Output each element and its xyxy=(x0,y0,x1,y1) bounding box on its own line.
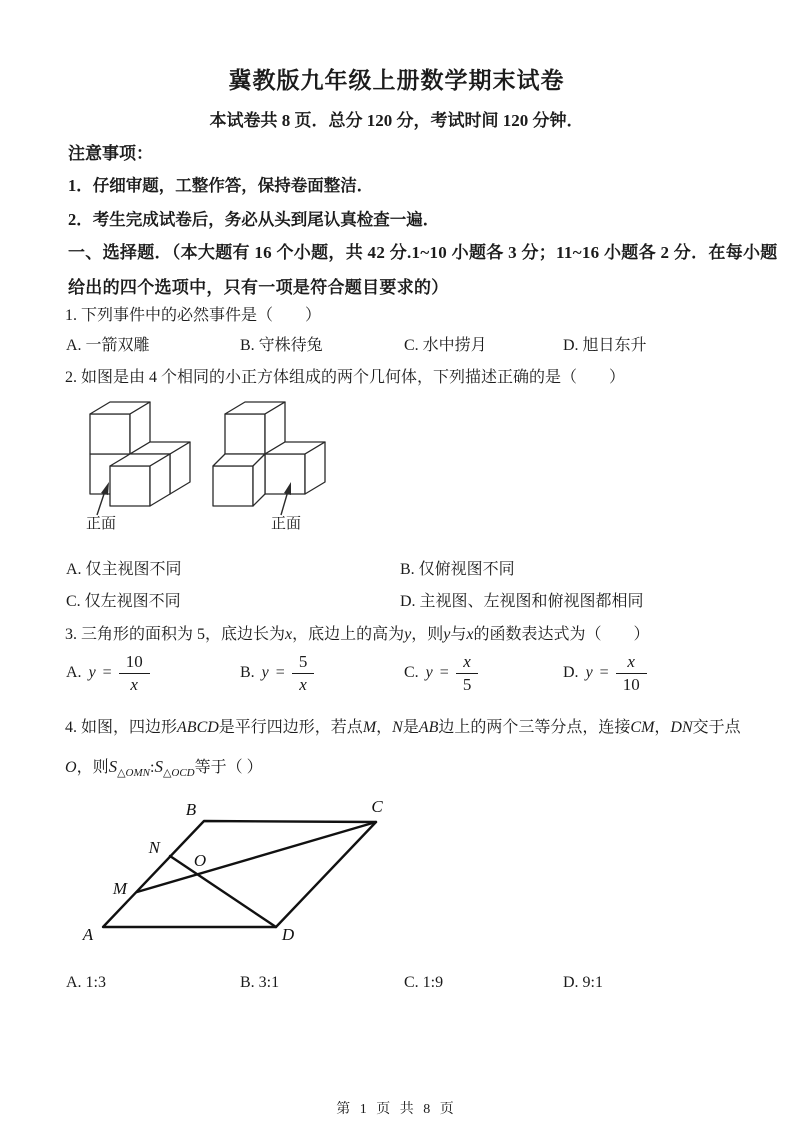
option-lhs: y xyxy=(89,664,96,682)
parallelogram-figure: A B C D M N O xyxy=(70,793,400,958)
fraction-denominator: 5 xyxy=(456,674,479,695)
q3-option-b: B. y = 5 x xyxy=(240,646,314,700)
q4-var-o: O xyxy=(65,759,77,776)
cube-figure-right: 正面 xyxy=(210,396,336,532)
point-label-m: M xyxy=(112,879,128,898)
front-face-label-right: 正面 xyxy=(271,515,301,532)
q4-area-s1: S xyxy=(109,757,118,776)
q4-text-part: 边上的两个三等分点，连接 xyxy=(438,719,630,736)
q4-text-part: ，则 xyxy=(77,759,109,776)
equals-sign: = xyxy=(103,664,112,682)
q3-text-part: ，底边上的高为 xyxy=(292,626,404,643)
option-label: C. xyxy=(404,664,419,682)
question-3-text: 3. 三角形的面积为 5，底边长为x，底边上的高为y，则y与x的函数表达式为（ … xyxy=(65,621,650,644)
q1-option-b: B. 守株待兔 xyxy=(240,332,323,355)
notice-heading: 注意事项： xyxy=(68,139,153,164)
exam-page: 冀教版九年级上册数学期末试卷 本试卷共 8 页．总分 120 分，考试时间 12… xyxy=(0,0,793,1122)
fraction-numerator: x xyxy=(616,652,647,674)
q1-option-d: D. 旭日东升 xyxy=(563,332,647,355)
fraction-numerator: x xyxy=(456,652,479,674)
q3-text-part: 3. 三角形的面积为 5，底边长为 xyxy=(65,626,285,643)
fraction-denominator: x xyxy=(292,674,315,695)
q4-option-d: D. 9:1 xyxy=(563,974,603,992)
question-4-line2: O，则S△OMN:S△OCD等于（ ） xyxy=(65,754,263,779)
equals-sign: = xyxy=(440,664,449,682)
q4-var-abcd: ABCD xyxy=(177,719,219,736)
q4-text-part: 4. 如图，四边形 xyxy=(65,719,177,736)
fraction: 10 x xyxy=(119,652,150,694)
notice-item-2: 2．考生完成试卷后，务必从头到尾认真检查一遍． xyxy=(68,206,439,230)
section-heading-line2: 给出的四个选项中，只有一项是符合题目要求的） xyxy=(68,273,449,298)
q3-text-part: ，则 xyxy=(411,626,443,643)
q4-var-ab: AB xyxy=(419,719,439,736)
q3-option-a: A. y = 10 x xyxy=(66,646,150,700)
point-label-o: O xyxy=(194,851,206,870)
section-heading-line1: 一、选择题．（本大题有 16 个小题，共 42 分.1~10 小题各 3 分；1… xyxy=(68,238,778,263)
front-face-label-left: 正面 xyxy=(86,515,116,532)
q4-text-part: 交于点 xyxy=(693,719,741,736)
q4-var-n: N xyxy=(392,719,403,736)
q4-var-dn: DN xyxy=(670,719,692,736)
q3-option-c: C. y = x 5 xyxy=(404,646,478,700)
q3-text-part: 与 xyxy=(450,626,466,643)
fraction: 5 x xyxy=(292,652,315,694)
exam-subtitle: 本试卷共 8 页．总分 120 分，考试时间 120 分钟． xyxy=(0,106,793,131)
q4-option-b: B. 3:1 xyxy=(240,974,279,992)
fraction: x 5 xyxy=(456,652,479,694)
option-lhs: y xyxy=(586,664,593,682)
q4-subscript-ocd: △OCD xyxy=(163,767,195,779)
option-lhs: y xyxy=(262,664,269,682)
page-number: 第 1 页 共 8 页 xyxy=(0,1098,793,1118)
notice-item-1: 1．仔细审题，工整作答，保持卷面整洁． xyxy=(68,172,373,196)
q1-option-c: C. 水中捞月 xyxy=(404,332,487,355)
vertex-label-d: D xyxy=(281,925,295,944)
q4-subscript-omn: △OMN xyxy=(117,767,150,779)
option-lhs: y xyxy=(426,664,433,682)
vertex-label-c: C xyxy=(371,797,383,816)
q2-option-a: A. 仅主视图不同 xyxy=(66,556,182,579)
option-label: B. xyxy=(240,664,255,682)
point-label-n: N xyxy=(148,838,162,857)
fraction-denominator: 10 xyxy=(616,674,647,695)
cube-figure-left: 正面 xyxy=(80,396,200,532)
q4-area-s2: S xyxy=(154,757,163,776)
q4-text-part: 是 xyxy=(403,719,419,736)
q4-var-cm: CM xyxy=(630,719,654,736)
equals-sign: = xyxy=(276,664,285,682)
option-label: A. xyxy=(66,664,82,682)
page-title: 冀教版九年级上册数学期末试卷 xyxy=(0,62,793,95)
question-1-text: 1. 下列事件中的必然事件是（ ） xyxy=(65,302,321,325)
q4-text-part: ， xyxy=(376,719,392,736)
question-2-text: 2. 如图是由 4 个相同的小正方体组成的两个几何体，下列描述正确的是（ ） xyxy=(65,364,625,387)
q1-option-a: A. 一箭双雕 xyxy=(66,332,150,355)
equals-sign: = xyxy=(600,664,609,682)
q3-option-d: D. y = x 10 xyxy=(563,646,647,700)
vertex-label-a: A xyxy=(82,925,94,944)
fraction-numerator: 5 xyxy=(292,652,315,674)
fraction: x 10 xyxy=(616,652,647,694)
fraction-numerator: 10 xyxy=(119,652,150,674)
q4-text-part: 等于（ ） xyxy=(195,759,263,776)
q3-var-x: x xyxy=(466,626,473,643)
q3-text-part: 的函数表达式为（ ） xyxy=(474,626,650,643)
q2-option-c: C. 仅左视图不同 xyxy=(66,588,181,611)
option-label: D. xyxy=(563,664,579,682)
q4-var-m: M xyxy=(363,719,376,736)
vertex-label-b: B xyxy=(186,800,197,819)
q4-text-part: ， xyxy=(654,719,670,736)
q2-option-b: B. 仅俯视图不同 xyxy=(400,556,515,579)
q4-option-c: C. 1:9 xyxy=(404,974,443,992)
q4-text-part: 是平行四边形，若点 xyxy=(219,719,363,736)
q4-option-a: A. 1:3 xyxy=(66,974,106,992)
fraction-denominator: x xyxy=(119,674,150,695)
question-4-line1: 4. 如图，四边形ABCD是平行四边形，若点M，N是AB边上的两个三等分点，连接… xyxy=(65,714,765,737)
q2-option-d: D. 主视图、左视图和俯视图都相同 xyxy=(400,588,644,611)
